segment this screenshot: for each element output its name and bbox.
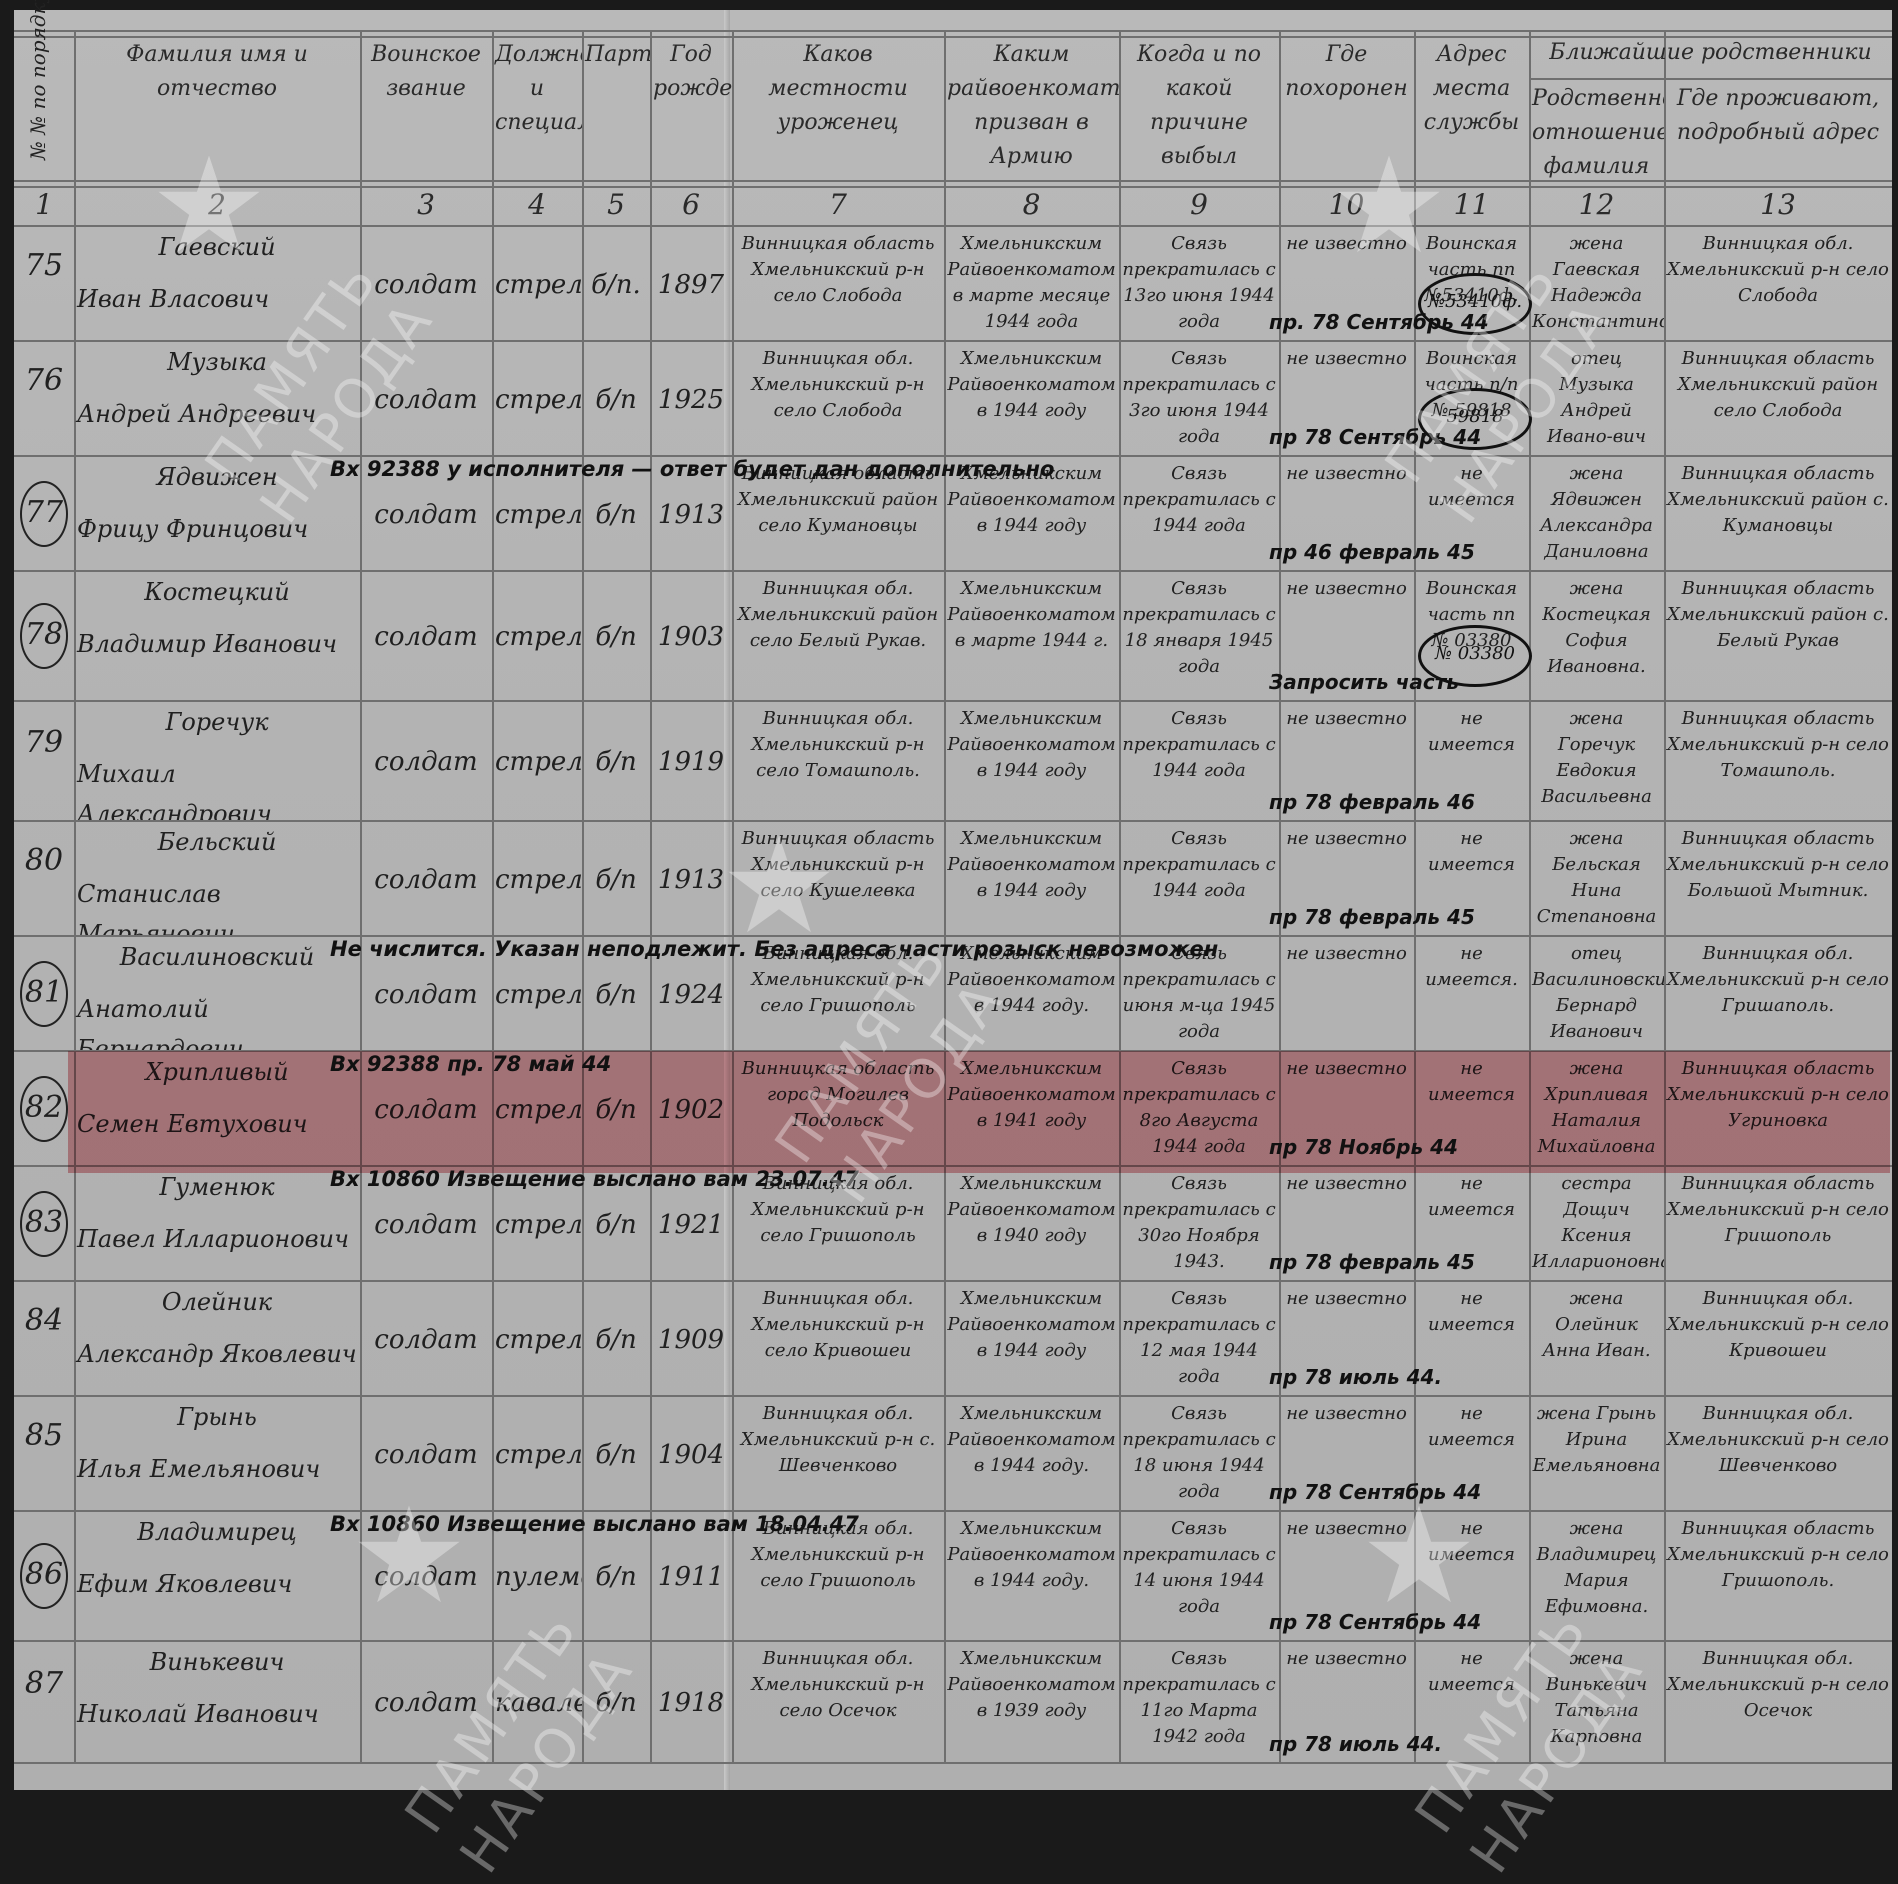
row-number-value: 75 <box>25 249 63 283</box>
row-number: 85 <box>14 1419 74 1489</box>
cell-when: Связь прекратилась с 18 января 1945 года <box>1119 574 1279 696</box>
header-number-col-3: 3 <box>360 188 492 226</box>
row-number-value: 86 <box>20 1543 68 1609</box>
cell-rvk: Хмельникским Райвоенкоматом в 1944 году. <box>944 1399 1119 1506</box>
cell-rank: солдат <box>360 1320 492 1360</box>
given-name-patronymic: Андрей Андреевич <box>77 394 357 434</box>
person-name: ВладимирецЕфим Яковлевич <box>74 1510 360 1640</box>
cell-rvk: Хмельникским Райвоенкоматом в 1944 году <box>944 344 1119 451</box>
cell-party: б/п <box>582 617 650 657</box>
registry-note: пр 78 февраль 46 <box>1269 790 1475 814</box>
cell-origin: Винницкая обл. Хмельникский р-н село Осе… <box>732 1644 944 1758</box>
header-group-relatives: Ближайшие родственники <box>1529 34 1892 74</box>
row-number: 78 <box>14 601 74 671</box>
header-number-col-1: 1 <box>14 188 74 226</box>
cell-rvk: Хмельникским Райвоенкоматом в 1944 году <box>944 704 1119 816</box>
given-name-patronymic: Николай Иванович <box>77 1694 357 1734</box>
given-name-patronymic: Анатолий Бернардович <box>77 989 357 1050</box>
header-number-col-5: 5 <box>582 188 650 226</box>
surname: Владимирец <box>77 1512 357 1552</box>
row-number-value: 78 <box>20 603 68 669</box>
surname: Гаевский <box>77 227 357 267</box>
cell-party: б/п. <box>582 265 650 305</box>
unit-number-circled: 59818 <box>1418 388 1532 450</box>
row-number: 87 <box>14 1667 74 1737</box>
cell-rank: солдат <box>360 617 492 657</box>
row-number-value: 81 <box>20 961 68 1027</box>
cell-party: б/п <box>582 742 650 782</box>
row-number-value: 76 <box>25 364 63 398</box>
header-label-col-13: Где проживают, подробный адрес <box>1664 80 1892 180</box>
header-number-col-11: 11 <box>1414 188 1529 226</box>
cell-when: Связь прекратилась с 12 мая 1944 года <box>1119 1284 1279 1391</box>
cell-year: 1913 <box>650 860 732 900</box>
row-number: 77 <box>14 479 74 549</box>
cell-origin: Винницкая область Хмельникский р-н село … <box>732 824 944 931</box>
row-number-value: 80 <box>25 844 63 878</box>
header-label-col-8: Каким райвоенкоматом призван в Армию <box>944 36 1119 180</box>
cell-year: 1897 <box>650 265 732 305</box>
header-label-col-4: Должность и специальность <box>492 36 582 180</box>
cell-rel_address: Винницкая область Хмельникский район с. … <box>1664 459 1892 566</box>
header-number-col-7: 7 <box>732 188 944 226</box>
cell-position: стрелок <box>492 495 582 535</box>
cell-party: б/п <box>582 1320 650 1360</box>
cell-when: Связь прекратилась с 1944 года <box>1119 459 1279 566</box>
person-name: БельскийСтанислав Марьянович <box>74 820 360 935</box>
cell-rvk: Хмельникским Райвоенкоматом в 1944 году <box>944 824 1119 931</box>
cell-party: б/п <box>582 1435 650 1475</box>
row-number: 84 <box>14 1304 74 1374</box>
unit-number-circled: №53410ф. <box>1418 273 1532 335</box>
cell-rank: солдат <box>360 975 492 1015</box>
row-number: 81 <box>14 959 74 1029</box>
cell-year: 1921 <box>650 1205 732 1245</box>
person-name: ГуменюкПавел Илларионович <box>74 1165 360 1280</box>
header-number-col-13: 13 <box>1664 188 1892 226</box>
cell-rank: солдат <box>360 1557 492 1597</box>
row-number: 86 <box>14 1541 74 1611</box>
header-label-col-10: Где похоронен <box>1279 36 1414 180</box>
header-label-col-11: Адрес места службы <box>1414 36 1529 180</box>
row-annotation: Вх 92388 пр. 78 май 44 <box>330 1052 611 1076</box>
registry-note: пр 78 Сентябрь 44 <box>1269 1610 1481 1634</box>
cell-when: Связь прекратилась с 18 июня 1944 года <box>1119 1399 1279 1506</box>
cell-year: 1904 <box>650 1435 732 1475</box>
cell-rvk: Хмельникским Райвоенкоматом в 1940 году <box>944 1169 1119 1276</box>
given-name-patronymic: Александр Яковлевич <box>77 1334 357 1374</box>
person-name: ВинькевичНиколай Иванович <box>74 1640 360 1762</box>
header-number-col-12: 12 <box>1529 188 1664 226</box>
cell-rank: солдат <box>360 860 492 900</box>
cell-origin: Винницкая обл. Хмельникский р-н село Кри… <box>732 1284 944 1391</box>
cell-when: Связь прекратилась с 3го июня 1944 года <box>1119 344 1279 451</box>
cell-year: 1918 <box>650 1683 732 1723</box>
cell-position: стрелок <box>492 742 582 782</box>
header-number-col-4: 4 <box>492 188 582 226</box>
cell-position: кавалерист <box>492 1683 582 1723</box>
row-number-value: 87 <box>25 1667 63 1701</box>
cell-relative: жена Горечук Евдокия Васильевна <box>1529 704 1664 816</box>
cell-position: стрелок <box>492 1205 582 1245</box>
cell-party: б/п <box>582 1683 650 1723</box>
cell-party: б/п <box>582 495 650 535</box>
cell-rel_address: Винницкая область Хмельникский район сел… <box>1664 344 1892 451</box>
cell-relative: жена Бельская Нина Степановна <box>1529 824 1664 931</box>
row-number-value: 79 <box>25 726 63 760</box>
row-number-value: 84 <box>25 1304 63 1338</box>
cell-rel_address: Винницкая область Хмельникский р-н село … <box>1664 1514 1892 1636</box>
given-name-patronymic: Павел Илларионович <box>77 1219 357 1259</box>
header-number-col-2: 2 <box>74 188 360 226</box>
row-annotation: Вх 92388 у исполнителя — ответ будет дан… <box>330 457 1054 481</box>
given-name-patronymic: Илья Емельянович <box>77 1449 357 1489</box>
cell-relative: жена Винькевич Татьяна Карповна <box>1529 1644 1664 1758</box>
row-annotation: Вх 10860 Извещение выслано вам 18.04.47 <box>330 1512 859 1536</box>
unit-number-circled: № 03380 <box>1418 625 1532 687</box>
row-number: 76 <box>14 364 74 434</box>
cell-buried: не известно <box>1279 939 1414 1046</box>
row-annotation: Не числится. Указан неподлежит. Без адре… <box>330 937 1218 961</box>
table-rule <box>14 1762 1892 1764</box>
table-rule <box>14 180 1892 182</box>
person-name: ГоречукМихаил Александрович <box>74 700 360 820</box>
row-number: 75 <box>14 249 74 319</box>
person-name: МузыкаАндрей Андреевич <box>74 340 360 455</box>
cell-rank: солдат <box>360 1435 492 1475</box>
registry-note: пр 78 Ноябрь 44 <box>1269 1135 1458 1159</box>
cell-rank: солдат <box>360 742 492 782</box>
cell-when: Связь прекратилась с 11го Марта 1942 год… <box>1119 1644 1279 1758</box>
row-number-value: 85 <box>25 1419 63 1453</box>
registry-note: пр 78 Сентябрь 44 <box>1269 1480 1481 1504</box>
row-number: 80 <box>14 844 74 914</box>
cell-position: стрелок <box>492 380 582 420</box>
cell-rel_address: Винницкая обл. Хмельникский р-н село Гри… <box>1664 939 1892 1046</box>
row-number-value: 83 <box>20 1191 68 1257</box>
cell-rvk: Хмельникским Райвоенкоматом в 1944 году. <box>944 1514 1119 1636</box>
cell-origin: Винницкая обл. Хмельникский р-н с. Шевче… <box>732 1399 944 1506</box>
header-label-col-12: Родственное отношение фамилия имя и отче… <box>1529 80 1664 180</box>
cell-when: Связь прекратилась с 13го июня 1944 года <box>1119 229 1279 336</box>
cell-position: стрелок <box>492 1435 582 1475</box>
header-number-col-9: 9 <box>1119 188 1279 226</box>
given-name-patronymic: Фрицу Фринцович <box>77 509 357 549</box>
cell-relative: жена Ядвижен Александра Даниловна <box>1529 459 1664 566</box>
cell-party: б/п <box>582 1557 650 1597</box>
cell-rel_address: Винницкая область Хмельникский р-н село … <box>1664 1169 1892 1276</box>
cell-party: б/п <box>582 1205 650 1245</box>
row-number: 79 <box>14 726 74 796</box>
header-label-col-7: Каков местности уроженец <box>732 36 944 180</box>
given-name-patronymic: Станислав Марьянович <box>77 874 357 935</box>
surname: Грынь <box>77 1397 357 1437</box>
header-label-col-2: Фамилия имя и отчество <box>74 36 360 180</box>
cell-rank: солдат <box>360 265 492 305</box>
cell-relative: отец Музыка Андрей Ивано-вич <box>1529 344 1664 451</box>
cell-relative: отец Василиновский Бернард Иванович <box>1529 939 1664 1046</box>
person-name: ГаевскийИван Власович <box>74 225 360 340</box>
cell-position: пулеметчик <box>492 1557 582 1597</box>
cell-service: не имеется. <box>1414 939 1529 1046</box>
given-name-patronymic: Михаил Александрович <box>77 754 357 820</box>
row-number: 83 <box>14 1189 74 1259</box>
cell-year: 1903 <box>650 617 732 657</box>
cell-year: 1924 <box>650 975 732 1015</box>
cell-rel_address: Винницкая обл. Хмельникский р-н село Осе… <box>1664 1644 1892 1758</box>
cell-rel_address: Винницкая обл. Хмельникский р-н село Сло… <box>1664 229 1892 336</box>
surname: Василиновский <box>77 937 357 977</box>
cell-rank: солдат <box>360 380 492 420</box>
cell-position: стрелок <box>492 1320 582 1360</box>
person-name: ВасилиновскийАнатолий Бернардович <box>74 935 360 1050</box>
cell-rvk: Хмельникским Райвоенкоматом в марте меся… <box>944 229 1119 336</box>
registry-note: пр 46 февраль 45 <box>1269 540 1475 564</box>
given-name-patronymic: Владимир Иванович <box>77 624 357 664</box>
given-name-patronymic: Иван Власович <box>77 279 357 319</box>
cell-origin: Винницкая обл. Хмельникский р-н село Том… <box>732 704 944 816</box>
cell-relative: жена Гаевская Надежда Константиновна <box>1529 229 1664 336</box>
registry-note: пр 78 февраль 45 <box>1269 1250 1475 1274</box>
person-name: ГрыньИлья Емельянович <box>74 1395 360 1510</box>
header-number-col-6: 6 <box>650 188 732 226</box>
cell-relative: сестра Дощич Ксения Илларионовна. <box>1529 1169 1664 1276</box>
cell-party: б/п <box>582 975 650 1015</box>
cell-rvk: Хмельникским Райвоенкоматом в 1939 году <box>944 1644 1119 1758</box>
cell-year: 1909 <box>650 1320 732 1360</box>
cell-year: 1925 <box>650 380 732 420</box>
cell-when: Связь прекратилась с 1944 года <box>1119 704 1279 816</box>
cell-rel_address: Винницкая область Хмельникский р-н село … <box>1664 704 1892 816</box>
cell-when: Связь прекратилась с 1944 года <box>1119 824 1279 931</box>
cell-year: 1911 <box>650 1557 732 1597</box>
header-label-col-6: Год рождения <box>650 36 732 180</box>
person-name: ОлейникАлександр Яковлевич <box>74 1280 360 1395</box>
cell-party: б/п <box>582 860 650 900</box>
row-number-value: 77 <box>20 481 68 547</box>
cell-rel_address: Винницкая область Хмельникский р-н село … <box>1664 824 1892 931</box>
cell-when: Связь прекратилась с 30го Ноября 1943. <box>1119 1169 1279 1276</box>
registry-note: пр 78 июль 44. <box>1269 1732 1442 1756</box>
header-label-col-3: Воинское звание <box>360 36 492 180</box>
given-name-patronymic: Ефим Яковлевич <box>77 1564 357 1604</box>
header-label-col-1: № № по порядку <box>26 0 50 160</box>
cell-origin: Винницкая обл. Хмельникский район село Б… <box>732 574 944 696</box>
cell-rank: солдат <box>360 1205 492 1245</box>
cell-relative: жена Костецкая София Ивановна. <box>1529 574 1664 696</box>
header-label-col-5: Партийность <box>582 36 650 180</box>
header-number-col-10: 10 <box>1279 188 1414 226</box>
cell-relative: жена Олейник Анна Иван. <box>1529 1284 1664 1391</box>
cell-position: стрелок <box>492 265 582 305</box>
surname: Костецкий <box>77 572 357 612</box>
cell-origin: Винницкая область Хмельникский р-н село … <box>732 229 944 336</box>
surname: Музыка <box>77 342 357 382</box>
cell-position: стрелок <box>492 975 582 1015</box>
cell-rvk: Хмельникским Райвоенкоматом в 1944 году <box>944 1284 1119 1391</box>
registry-note: пр 78 февраль 45 <box>1269 905 1475 929</box>
cell-rank: солдат <box>360 495 492 535</box>
cell-relative: жена Грынь Ирина Емельяновна <box>1529 1399 1664 1506</box>
cell-position: стрелок <box>492 617 582 657</box>
record-sheet: № № по порядку1Фамилия имя и отчество2Во… <box>14 10 1892 1790</box>
cell-position: стрелок <box>492 860 582 900</box>
header-label-col-9: Когда и по какой причине выбыл <box>1119 36 1279 180</box>
cell-rvk: Хмельникским Райвоенкоматом в марте 1944… <box>944 574 1119 696</box>
cell-year: 1919 <box>650 742 732 782</box>
cell-year: 1913 <box>650 495 732 535</box>
cell-relative: жена Владимирец Мария Ефимовна. <box>1529 1514 1664 1636</box>
cell-rank: солдат <box>360 1683 492 1723</box>
table-rule <box>14 30 1892 32</box>
cell-origin: Винницкая обл. Хмельникский р-н село Сло… <box>732 344 944 451</box>
cell-rel_address: Винницкая область Хмельникский район с. … <box>1664 574 1892 696</box>
surname: Гуменюк <box>77 1167 357 1207</box>
registry-note: пр 78 июль 44. <box>1269 1365 1442 1389</box>
cell-rel_address: Винницкая обл. Хмельникский р-н село Кри… <box>1664 1284 1892 1391</box>
row-annotation: Вх 10860 Извещение выслано вам 23.07.47 <box>330 1167 859 1191</box>
row-number-value: 82 <box>20 1076 68 1142</box>
cell-party: б/п <box>582 380 650 420</box>
surname: Винькевич <box>77 1642 357 1682</box>
surname: Горечук <box>77 702 357 742</box>
cell-when: Связь прекратилась с 14 июня 1944 года <box>1119 1514 1279 1636</box>
cell-rel_address: Винницкая обл. Хмельникский р-н село Шев… <box>1664 1399 1892 1506</box>
surname: Олейник <box>77 1282 357 1322</box>
person-name: ЯдвиженФрицу Фринцович <box>74 455 360 570</box>
header-number-col-8: 8 <box>944 188 1119 226</box>
surname: Бельский <box>77 822 357 862</box>
surname: Ядвижен <box>77 457 357 497</box>
person-name: КостецкийВладимир Иванович <box>74 570 360 700</box>
row-number: 82 <box>14 1074 74 1144</box>
